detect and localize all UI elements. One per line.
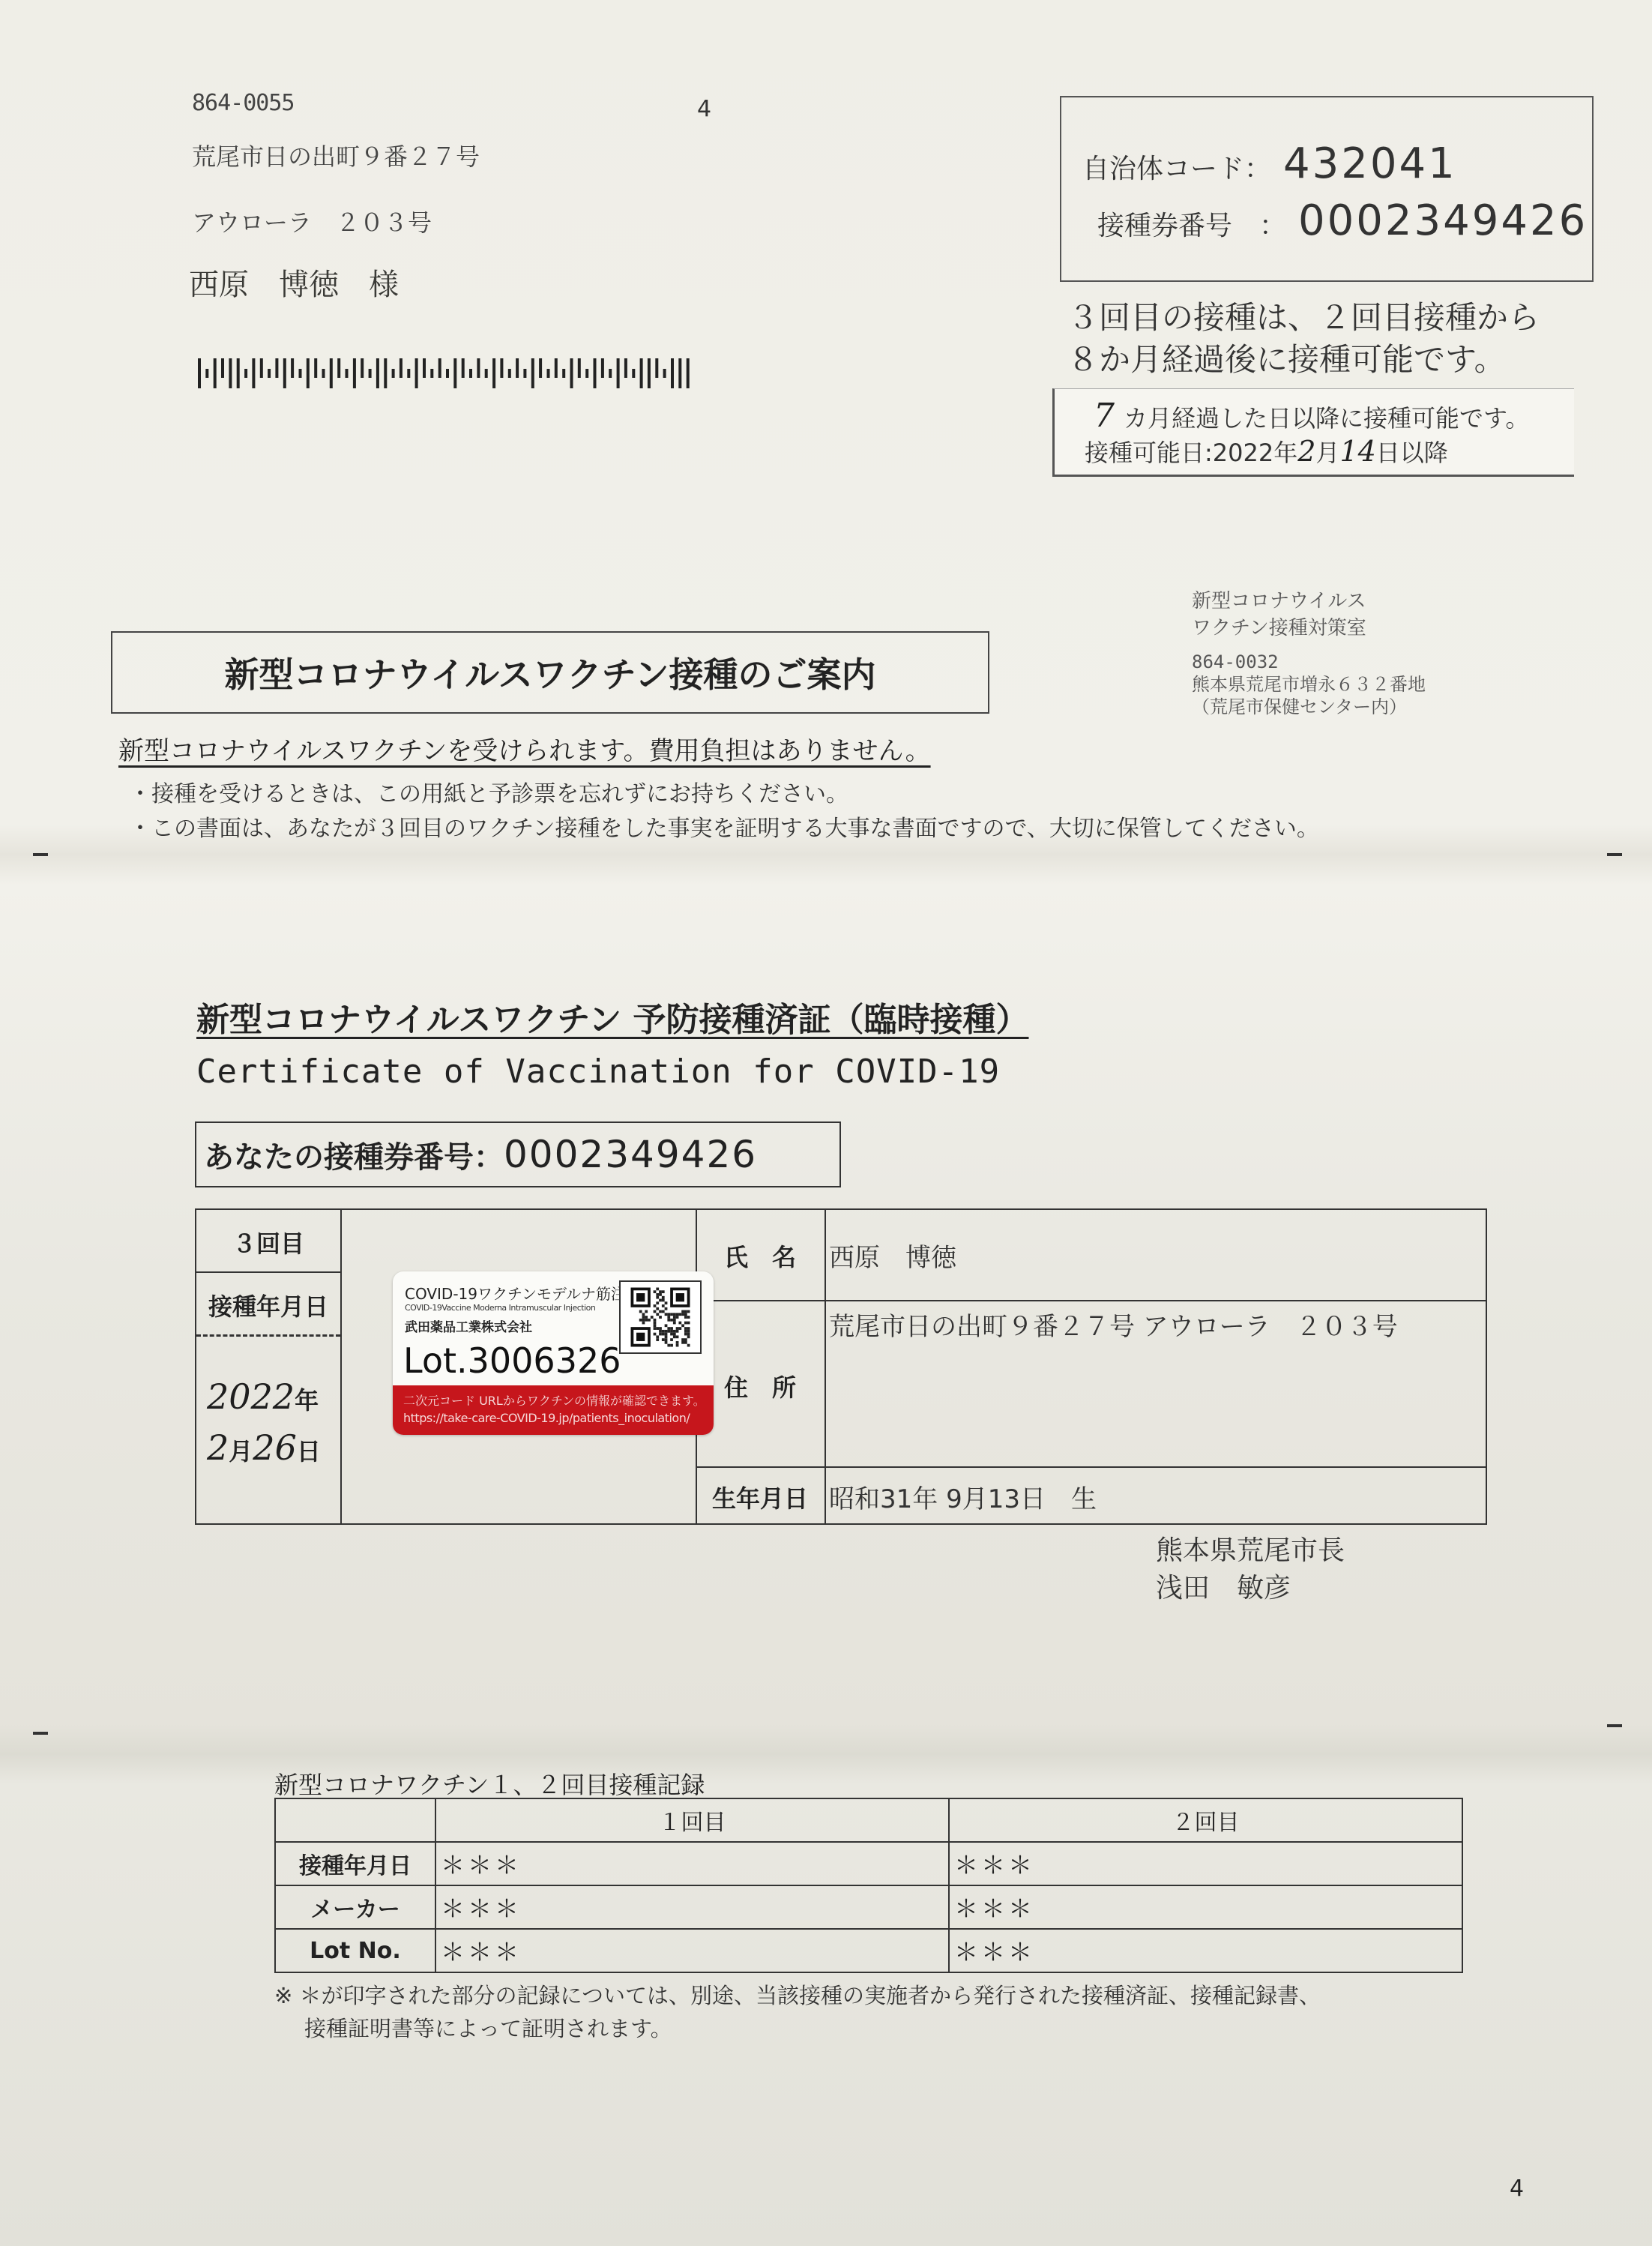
recipient-address-line2: アウローラ ２０３号 (192, 204, 432, 238)
birth-date-label: 生年月日 (696, 1480, 825, 1514)
table-row: 接種年月日 ＊＊＊ ＊＊＊ (275, 1842, 1462, 1885)
code-box: 自治体コード： 432041 接種券番号 ： 0002349426 (1060, 96, 1594, 282)
records-header-dose2: ２回目 (949, 1798, 1462, 1842)
third-dose-notice-line1: ３回目の接種は、２回目接種から (1067, 297, 1540, 339)
fold-mark-left-lower (33, 1732, 48, 1735)
records-dose2-value: ＊＊＊ (949, 1885, 1462, 1929)
certificate-ticket-number: 0002349426 (504, 1133, 757, 1176)
address-value: 荒尾市日の出町９番２７号 アウローラ ２０３号 (829, 1306, 1398, 1343)
sender-address-note: （荒尾市保健センター内） (1192, 696, 1426, 718)
vaccine-info-url[interactable]: https://take-care-COVID-19.jp/patients_i… (403, 1411, 690, 1425)
vaccination-year: 2022年 (207, 1376, 319, 1417)
issuer-title: 熊本県荒尾市長 (1156, 1529, 1345, 1568)
records-title: 新型コロナワクチン１、２回目接種記録 (274, 1766, 705, 1801)
vaccine-product-en: COVID-19Vaccine Moderna Intramuscular In… (405, 1303, 595, 1313)
ticket-number: 0002349426 (1298, 196, 1588, 245)
third-dose-notice: ３回目の接種は、２回目接種から ８か月経過後に接種可能です。 (1067, 297, 1540, 381)
vaccine-lot-sticker: COVID-19ワクチンモデルナ筋注 COVID-19Vaccine Moder… (393, 1271, 714, 1435)
municipality-code-label: 自治体コード： (1082, 148, 1271, 186)
handwritten-day: 26 (253, 1427, 297, 1468)
dose-label: ３回目 (196, 1225, 340, 1259)
ticket-number-label: 接種券番号 ： (1097, 205, 1286, 243)
guide-bullet-2: ・この書面は、あなたが３回目のワクチン接種をした事実を証明する大事な書面ですので… (129, 810, 1319, 843)
vaccination-date-label: 接種年月日 (196, 1288, 340, 1322)
year-unit: 年 (295, 1386, 319, 1415)
fold-mark-left (33, 853, 48, 856)
certificate-table: ３回目 接種年月日 2022年 2月26日 氏 名 西原 博徳 住 所 荒尾市日… (195, 1208, 1487, 1525)
handwritten-month: 2 (207, 1427, 229, 1468)
handwritten-year: 2022 (207, 1376, 295, 1417)
sender-address-line: 熊本県荒尾市増永６３２番地 (1192, 673, 1426, 696)
eligible-prefix: 接種可能日:2022年 (1085, 439, 1297, 467)
vaccine-product-jp: COVID-19ワクチンモデルナ筋注 (405, 1282, 626, 1304)
recipient-address-line1: 荒尾市日の出町９番２７号 (192, 138, 480, 172)
issuer-name: 浅田 敏彦 (1156, 1567, 1291, 1605)
records-footnote-line1: ※ ＊が印字された部分の記録については、別途、当該接種の実施者から発行された接種… (274, 1979, 1321, 2012)
records-dose1-value: ＊＊＊ (435, 1929, 949, 1972)
third-dose-notice-line2: ８か月経過後に接種可能です。 (1067, 339, 1540, 381)
qr-code-icon[interactable] (619, 1280, 702, 1354)
page-number: 4 (1510, 2176, 1524, 2202)
records-row-label: メーカー (275, 1885, 435, 1929)
records-header-row: １回目 ２回目 (275, 1798, 1462, 1842)
records-dose1-value: ＊＊＊ (435, 1842, 949, 1885)
certificate-title-jp: 新型コロナウイルスワクチン 予防接種済証（臨時接種） (196, 993, 1028, 1041)
certificate-ticket-label: あなたの接種券番号： (204, 1133, 504, 1176)
vaccine-info-band: 二次元コード URLからワクチンの情報が確認できます。 https://take… (393, 1385, 714, 1435)
records-row-label: 接種年月日 (275, 1842, 435, 1885)
eligibility-override-sticker: 7カ月経過した日以降に接種可能です。 接種可能日:2022年2月14日以降 (1052, 388, 1574, 477)
records-header-dose1: １回目 (435, 1798, 949, 1842)
guide-title: 新型コロナウイルスワクチン接種のご案内 (111, 631, 989, 714)
sender-office-line2: ワクチン接種対策室 (1192, 615, 1366, 642)
postal-barcode-icon (198, 358, 694, 388)
guide-bullet-1: ・接種を受けるときは、この用紙と予診票を忘れずにお持ちください。 (129, 775, 848, 808)
records-footnote-line2: 接種証明書等によって証明されます。 (274, 2012, 1321, 2045)
certificate-title-en: Certificate of Vaccination for COVID-19 (196, 1053, 1000, 1091)
sender-office: 新型コロナウイルス ワクチン接種対策室 (1192, 588, 1366, 642)
vaccine-info-text: 二次元コード URLからワクチンの情報が確認できます。 (403, 1391, 705, 1409)
records-table: １回目 ２回目 接種年月日 ＊＊＊ ＊＊＊ メーカー ＊＊＊ ＊＊＊ Lot N… (274, 1798, 1463, 1973)
eligible-suffix: 日以降 (1376, 439, 1448, 467)
address-label: 住 所 (696, 1369, 825, 1403)
vaccine-lot-number: Lot.3006326 (403, 1340, 621, 1381)
handwritten-eligible-day: 14 (1339, 435, 1375, 468)
vaccine-manufacturer: 武田薬品工業株式会社 (405, 1316, 532, 1335)
name-label: 氏 名 (696, 1238, 825, 1273)
handwritten-eligible-month: 2 (1297, 435, 1315, 468)
records-dose1-value: ＊＊＊ (435, 1885, 949, 1929)
birth-date-value: 昭和31年 9月13日 生 (829, 1478, 1097, 1515)
handwritten-months: 7 (1094, 397, 1115, 435)
certificate-ticket-box: あなたの接種券番号： 0002349426 (195, 1122, 841, 1187)
records-header-blank (275, 1798, 435, 1842)
municipality-code: 432041 (1283, 139, 1457, 188)
sort-number: 4 (697, 96, 711, 122)
free-of-charge-notice: 新型コロナウイルスワクチンを受けられます。費用負担はありません。 (118, 730, 931, 767)
sender-postal-code: 864-0032 (1192, 651, 1426, 673)
records-row-label: Lot No. (275, 1929, 435, 1972)
name-value: 西原 博徳 (829, 1237, 956, 1274)
records-footnote: ※ ＊が印字された部分の記録については、別途、当該接種の実施者から発行された接種… (274, 1979, 1321, 2045)
records-dose2-value: ＊＊＊ (949, 1842, 1462, 1885)
vaccination-month-day: 2月26日 (207, 1427, 321, 1468)
fold-mark-right-lower (1607, 1724, 1622, 1727)
sender-office-line1: 新型コロナウイルス (1192, 588, 1366, 615)
table-row: Lot No. ＊＊＊ ＊＊＊ (275, 1929, 1462, 1972)
fold-mark-right (1607, 853, 1622, 856)
table-row: メーカー ＊＊＊ ＊＊＊ (275, 1885, 1462, 1929)
override-line1-suffix: カ月経過した日以降に接種可能です。 (1124, 404, 1529, 433)
day-unit: 日 (297, 1437, 321, 1466)
month-unit: 月 (229, 1437, 253, 1466)
recipient-name: 西原 博徳 様 (189, 261, 399, 304)
recipient-postal-code: 864-0055 (192, 90, 295, 116)
eligible-month-unit: 月 (1315, 439, 1339, 467)
records-dose2-value: ＊＊＊ (949, 1929, 1462, 1972)
sender-address: 864-0032 熊本県荒尾市増永６３２番地 （荒尾市保健センター内） (1192, 651, 1426, 718)
